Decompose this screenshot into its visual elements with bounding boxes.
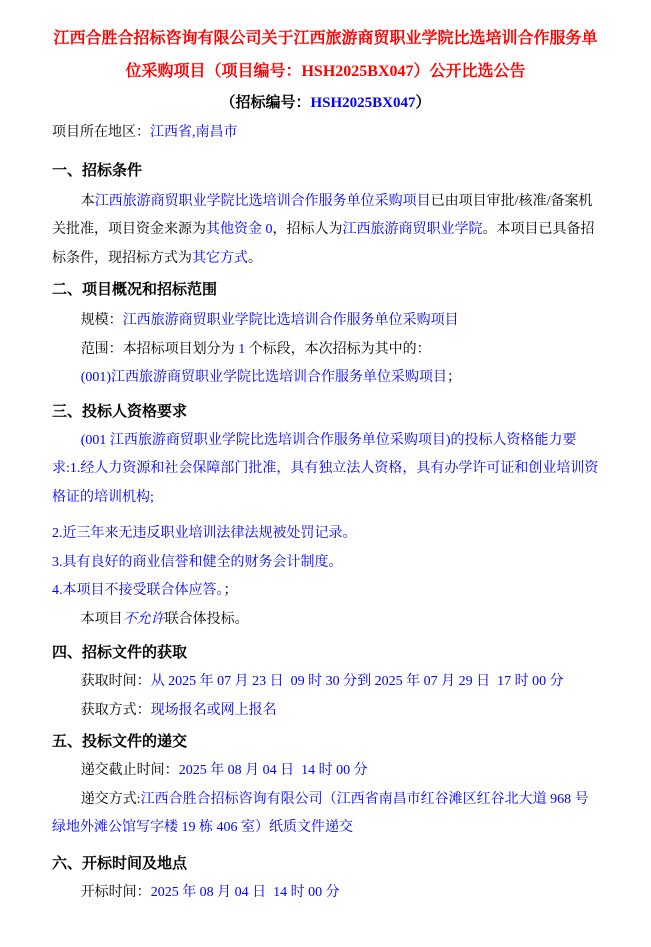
section3-heading: 三、投标人资格要求 [52,399,599,425]
s1-fund-source: 其他资金 0 [206,222,273,237]
open-time-line: 开标时间：2025 年 08 月 04 日 14 时 00 分 [52,879,599,908]
section5-heading: 五、投标文件的递交 [52,729,599,755]
lot-value: (001)江西旅游商贸职业学院比选培训合作服务单位采购项目 [81,370,447,385]
scope-label: 范围： [81,342,123,357]
obtain-method-label: 获取方式： [81,703,151,718]
scale-value: 江西旅游商贸职业学院比选培训合作服务单位采购项目 [123,313,459,328]
qualification-item2: 2.近三年来无违反职业培训法律法规被处罚记录。 [52,520,599,549]
obtain-method-value: 现场报名或网上报名 [151,703,277,718]
open-time-value: 2025 年 08 月 04 日 14 时 00 分 [151,885,340,900]
item4-tail: ； [224,583,238,598]
qualification-item1: (001 江西旅游商贸职业学院比选培训合作服务单位采购项目)的投标人资格能力要求… [52,427,599,513]
s1-project-name: 江西旅游商贸职业学院比选培训合作服务单位采购项目 [95,194,431,209]
page-subtitle: （招标编号：HSH2025BX047） [52,88,599,119]
obtain-time-value: 从 2025 年 07 月 23 日 09 时 30 分到 2025 年 07 … [151,674,564,689]
scope-line: 范围：本招标项目划分为 1 个标段，本次招标为其中的： [52,336,599,365]
location-value: 江西省,南昌市 [150,125,238,140]
project-location-line: 项目所在地区：江西省,南昌市 [52,119,599,148]
submit-deadline-value: 2025 年 08 月 04 日 14 时 00 分 [179,763,368,778]
section4-heading: 四、招标文件的获取 [52,640,599,666]
qualification-item4: 4.本项目不接受联合体应答。； [52,577,599,606]
s1-tender-method: 其它方式 [192,251,248,266]
joint-suffix: 联合体投标。 [165,612,249,627]
qualification-item3: 3.具有良好的商业信誉和健全的财务会计制度。 [52,549,599,578]
scope-run2: 个标段，本次招标为其中的： [245,342,431,357]
scale-line: 规模：江西旅游商贸职业学院比选培训合作服务单位采购项目 [52,307,599,336]
subtitle-prefix: （招标编号： [220,95,310,111]
scope-run1: 本招标项目划分为 [123,342,239,357]
joint-bid-line: 本项目不允许联合体投标。 [52,606,599,635]
submit-deadline-line: 递交截止时间：2025 年 08 月 04 日 14 时 00 分 [52,757,599,786]
location-label: 项目所在地区： [52,125,150,140]
section1-paragraph: 本江西旅游商贸职业学院比选培训合作服务单位采购项目已由项目审批/核准/备案机关批… [52,188,599,274]
s1-tenderer-name: 江西旅游商贸职业学院 [343,222,483,237]
open-time-label: 开标时间： [81,885,151,900]
s1-run5: ，招标人为 [273,222,343,237]
obtain-time-line: 获取时间：从 2025 年 07 月 23 日 09 时 30 分到 2025 … [52,668,599,697]
subtitle-bid-code: HSH2025BX047 [310,95,415,111]
section2-heading: 二、项目概况和招标范围 [52,277,599,303]
joint-prefix: 本项目 [81,612,123,627]
submit-deadline-label: 递交截止时间： [81,763,179,778]
subtitle-suffix: ） [416,95,431,111]
page-title: 江西合胜合招标咨询有限公司关于江西旅游商贸职业学院比选培训合作服务单位采购项目（… [52,22,599,88]
section6-heading: 六、开标时间及地点 [52,851,599,877]
section1-heading: 一、招标条件 [52,158,599,184]
submit-method-line: 递交方式:江西合胜合招标咨询有限公司（江西省南昌市红谷滩区红谷北大道 968 号… [52,786,599,843]
s1-run9: 。 [248,251,262,266]
announcement-document: 江西合胜合招标咨询有限公司关于江西旅游商贸职业学院比选培训合作服务单位采购项目（… [0,0,651,947]
submit-method-label: 递交方式: [81,792,141,807]
item4-text: 4.本项目不接受联合体应答。 [52,583,224,598]
obtain-time-label: 获取时间： [81,674,151,689]
lot-tail: ； [447,370,461,385]
s1-run1: 本 [81,194,95,209]
scale-label: 规模： [81,313,123,328]
lot-line: (001)江西旅游商贸职业学院比选培训合作服务单位采购项目； [52,364,599,393]
obtain-method-line: 获取方式：现场报名或网上报名 [52,697,599,726]
joint-not-allowed: 不允许 [123,612,165,627]
